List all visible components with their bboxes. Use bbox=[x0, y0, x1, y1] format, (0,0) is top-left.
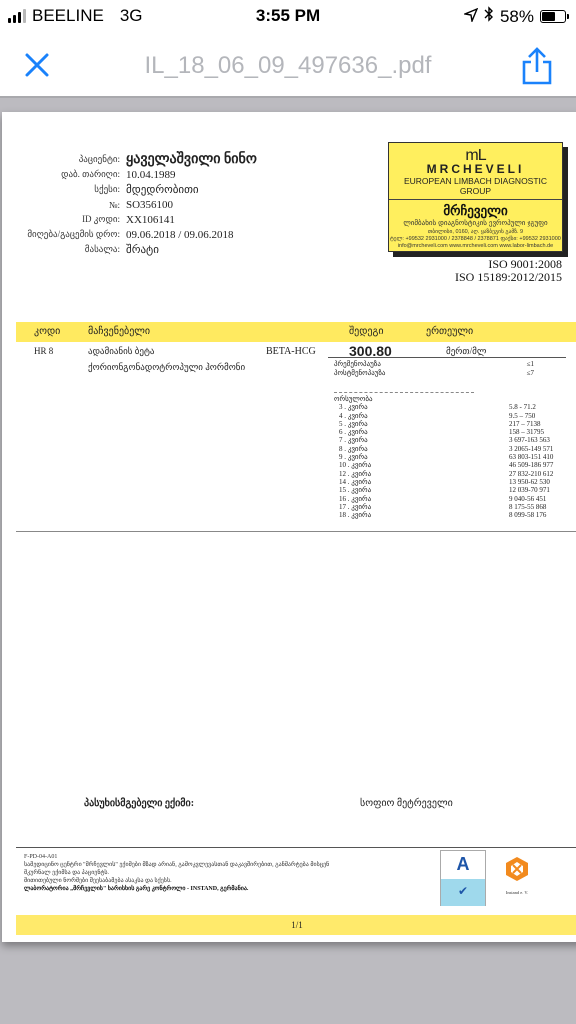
accreditation-badge-icon: A ✔ bbox=[440, 850, 486, 906]
web-line: info@mrcheveli.com www.mrcheveli.com www… bbox=[389, 243, 562, 250]
pregnancy-week-row: 14 . კვირა13 950-62 530 bbox=[334, 478, 574, 486]
field-value: შრატი bbox=[126, 243, 159, 256]
form-code: F-PD-04-A01 bbox=[24, 853, 434, 861]
result-divider bbox=[328, 357, 566, 358]
patient-field: სქესი:მდედრობითი bbox=[2, 182, 392, 197]
instand-label: Instand e. V. bbox=[502, 890, 532, 895]
instand-logo: Instand e. V. bbox=[502, 856, 532, 895]
test-code: HR 8 bbox=[34, 346, 53, 356]
header-indicator: მაჩვენებელი bbox=[88, 326, 150, 337]
pregnancy-week-row: 18 . კვირა8 099-58 176 bbox=[334, 511, 574, 519]
field-value: 09.06.2018 / 09.06.2018 bbox=[126, 229, 234, 241]
signature-label: პასუხისმგებელი ექიმი: bbox=[84, 798, 194, 809]
footer-divider bbox=[16, 847, 576, 848]
patient-field: პაციენტი:ყაველაშვილი ნინო bbox=[2, 152, 392, 167]
status-right: 58% bbox=[464, 6, 566, 27]
test-unit: მერთ/მლ bbox=[446, 346, 486, 357]
reference-range: პრემენოპაუზა≤1 bbox=[334, 360, 574, 369]
pregnancy-week-row: 16 . კვირა9 040-56 451 bbox=[334, 495, 574, 503]
logo-brand: MRCHEVELI bbox=[389, 162, 562, 176]
pregnancy-week-row: 3 . კვირა5.8 - 71.2 bbox=[334, 403, 574, 411]
patient-field: მიღება/გაცემის დრო:09.06.2018 / 09.06.20… bbox=[2, 227, 392, 242]
field-value: SO356100 bbox=[126, 199, 173, 211]
logo-georgian-name: მრჩეველი bbox=[389, 203, 562, 219]
test-abbreviation: BETA-HCG bbox=[266, 346, 316, 357]
pregnancy-label: ორსულობა bbox=[334, 395, 574, 403]
pregnancy-week-row: 17 . კვირა8 175-55 868 bbox=[334, 503, 574, 511]
pregnancy-week-row: 12 . კვირა27 832-210 612 bbox=[334, 470, 574, 478]
header-code: კოდი bbox=[34, 326, 60, 337]
dashed-divider bbox=[334, 392, 474, 393]
pregnancy-week-row: 15 . კვირა12 039-70 971 bbox=[334, 486, 574, 494]
reference-ranges: პრემენოპაუზა≤1პოსტმენოპაუზა≤7 bbox=[334, 360, 574, 377]
field-value: XX106141 bbox=[126, 214, 175, 226]
patient-field: ID კოდი:XX106141 bbox=[2, 212, 392, 227]
page-indicator-bar: 1/1 bbox=[16, 915, 576, 935]
field-label: დაბ. თარიღი: bbox=[2, 169, 126, 180]
pregnancy-week-row: 8 . კვირა3 2065-149 571 bbox=[334, 445, 574, 453]
footer-line-1: სამედიცინო ცენტრი "მრჩევლის" ექიმები მზა… bbox=[24, 861, 434, 869]
battery-percent: 58% bbox=[500, 7, 534, 27]
patient-info: პაციენტი:ყაველაშვილი ნინოდაბ. თარიღი:10.… bbox=[2, 152, 392, 257]
iso-15189: ISO 15189:2012/2015 bbox=[455, 271, 562, 284]
field-value: მდედრობითი bbox=[126, 183, 199, 196]
header-unit: ერთეული bbox=[426, 326, 473, 337]
field-label: პაციენტი: bbox=[2, 154, 126, 165]
pregnancy-week-row: 6 . კვირა158 – 31795 bbox=[334, 428, 574, 436]
pregnancy-week-row: 7 . კვირა3 697-163 563 bbox=[334, 436, 574, 444]
logo-georgian-sub: ლიმბახის დიაგნოსტიკის ევროპული ჯგუფი bbox=[389, 219, 562, 227]
instand-logo-icon bbox=[504, 856, 530, 882]
test-name-line2: ქორიონგონადოტროპული ჰორმონი bbox=[88, 362, 245, 373]
reference-range: პოსტმენოპაუზა≤7 bbox=[334, 369, 574, 378]
footer-text: F-PD-04-A01 სამედიცინო ცენტრი "მრჩევლის"… bbox=[24, 853, 434, 893]
pdf-viewer-navbar: IL_18_06_09_497636_.pdf bbox=[0, 34, 576, 98]
page-indicator: 1/1 bbox=[291, 920, 303, 930]
pregnancy-ranges: ორსულობა3 . კვირა5.8 - 71.24 . კვირა9.5 … bbox=[334, 392, 574, 519]
field-label: მიღება/გაცემის დრო: bbox=[2, 229, 126, 240]
location-icon bbox=[464, 7, 478, 27]
pregnancy-week-row: 10 . კვირა46 509-186 977 bbox=[334, 461, 574, 469]
logo-address: თბილისი, 0160, აღ. ყაზბეგის გამზ. 9 ტელ:… bbox=[389, 229, 562, 250]
results-table-header: კოდი მაჩვენებელი შედეგი ერთეული bbox=[16, 322, 576, 342]
header-result: შედეგი bbox=[349, 326, 384, 337]
share-button[interactable] bbox=[520, 46, 554, 86]
field-label: სქესი: bbox=[2, 184, 126, 195]
footer-line-3: მითითებული ნორმები შეესაბამება ასაკსა და… bbox=[24, 877, 434, 885]
pdf-page[interactable]: პაციენტი:ყაველაშვილი ნინოდაბ. თარიღი:10.… bbox=[2, 112, 576, 942]
field-value: ყაველაშვილი ნინო bbox=[126, 151, 257, 168]
pregnancy-week-row: 4 . კვირა9.5 – 750 bbox=[334, 412, 574, 420]
address-line: თბილისი, 0160, აღ. ყაზბეგის გამზ. 9 bbox=[389, 229, 562, 236]
field-value: 10.04.1989 bbox=[126, 169, 176, 181]
logo-group: EUROPEAN LIMBACH DIAGNOSTIC GROUP bbox=[389, 176, 562, 200]
iso-certifications: ISO 9001:2008 ISO 15189:2012/2015 bbox=[455, 258, 562, 284]
lab-logo: mL MRCHEVELI EUROPEAN LIMBACH DIAGNOSTIC… bbox=[388, 142, 563, 252]
bluetooth-icon bbox=[484, 6, 494, 27]
close-icon bbox=[24, 52, 50, 78]
patient-field: დაბ. თარიღი:10.04.1989 bbox=[2, 167, 392, 182]
patient-field: მასალა:შრატი bbox=[2, 242, 392, 257]
footer-line-4: ლაბორატორია „მრჩევლის" ხარისხის გარე კონ… bbox=[24, 885, 434, 893]
share-icon bbox=[520, 46, 554, 86]
pregnancy-week-row: 5 . კვირა217 – 7138 bbox=[334, 420, 574, 428]
close-button[interactable] bbox=[20, 48, 54, 82]
field-label: №: bbox=[2, 200, 126, 210]
document-title: IL_18_06_09_497636_.pdf bbox=[0, 52, 576, 80]
field-label: მასალა: bbox=[2, 244, 126, 255]
phones-line: ტელ: +99532 2931000 / 2378848 / 2378871 … bbox=[389, 236, 562, 243]
signature-name: სოფიო მეტრეველი bbox=[360, 798, 453, 809]
table-end-divider bbox=[16, 531, 576, 532]
test-name-line1: ადამიანის ბეტა bbox=[88, 346, 154, 357]
footer-line-2: მკურნალ ექიმსა და პაციენტს. bbox=[24, 869, 434, 877]
pregnancy-week-row: 9 . კვირა63 803-151 410 bbox=[334, 453, 574, 461]
field-label: ID კოდი: bbox=[2, 214, 126, 225]
patient-field: №:SO356100 bbox=[2, 197, 392, 212]
battery-icon bbox=[540, 10, 566, 23]
status-bar: BEELINE 3G 3:55 PM 58% bbox=[0, 0, 576, 34]
